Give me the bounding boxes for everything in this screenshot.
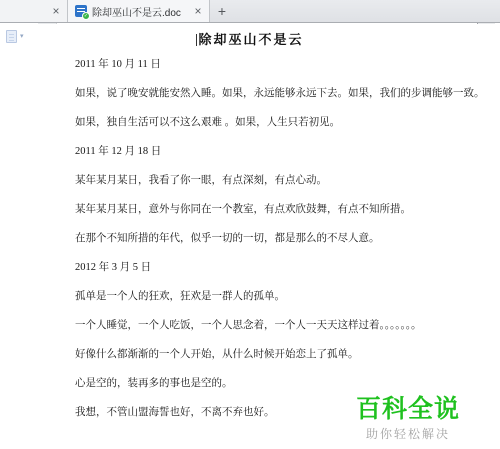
doc-paragraph: 2011 年 10 月 11 日 xyxy=(75,59,456,71)
check-badge-icon: ✓ xyxy=(82,12,90,20)
doc-paragraph: 如果，独自生活可以不这么艰难 。如果，人生只若初见。 xyxy=(75,117,456,129)
document-file-icon: ✓ xyxy=(75,5,87,17)
document-area: ▾ 除却巫山不是云 2011 年 10 月 11 日 如果，说了晚安就能安然入睡… xyxy=(0,24,500,449)
tab-title: 除却巫山不是云.doc xyxy=(92,4,187,19)
close-icon[interactable]: × xyxy=(192,5,204,17)
close-icon[interactable]: × xyxy=(50,5,62,17)
doc-paragraph: 某年某月某日，我看了你一眼，有点深刻，有点心动。 xyxy=(75,175,456,187)
doc-paragraph: 孤单是一个人的狂欢，狂欢是一群人的孤单。 xyxy=(75,291,456,303)
doc-paragraph: 一个人睡觉，一个人吃饭，一个人思念着，一个人一天天这样过着。。。。。。。 xyxy=(75,320,456,332)
watermark-subtitle: 助你轻松解决 xyxy=(356,425,460,442)
watermark-title: 百科全说 xyxy=(356,396,460,422)
active-tab[interactable]: ✓ 除却巫山不是云.doc × xyxy=(68,0,210,22)
app-window: × ✓ 除却巫山不是云.doc × + ▾ 除却巫山不是云 2011 年 10 … xyxy=(0,0,500,449)
watermark: 百科全说 助你轻松解决 xyxy=(356,396,460,442)
doc-paragraph: 2011 年 12 月 18 日 xyxy=(75,146,456,158)
tab-bar: × ✓ 除却巫山不是云.doc × + xyxy=(0,0,500,23)
document-title: 除却巫山不是云 xyxy=(0,29,500,48)
document-body: 2011 年 10 月 11 日 如果，说了晚安就能安然入睡。如果，永远能够永远… xyxy=(75,59,456,436)
doc-paragraph: 2012 年 3 月 5 日 xyxy=(75,262,456,274)
new-tab-button[interactable]: + xyxy=(210,0,234,22)
doc-paragraph: 如果，说了晚安就能安然入睡。如果，永远能够永远下去。如果，我们的步调能够一致。 xyxy=(75,88,456,100)
doc-paragraph: 某年某月某日，意外与你同在一个教室，有点欢欣鼓舞，有点不知所措。 xyxy=(75,204,456,216)
doc-paragraph: 好像什么都渐渐的一个人开始，从什么时候开始恋上了孤单。 xyxy=(75,349,456,361)
doc-paragraph: 心是空的，装再多的事也是空的。 xyxy=(75,378,456,390)
background-tab[interactable]: × xyxy=(0,0,68,22)
doc-paragraph: 在那个不知所措的年代，似乎一切的一切，都是那么的不尽人意。 xyxy=(75,233,456,245)
